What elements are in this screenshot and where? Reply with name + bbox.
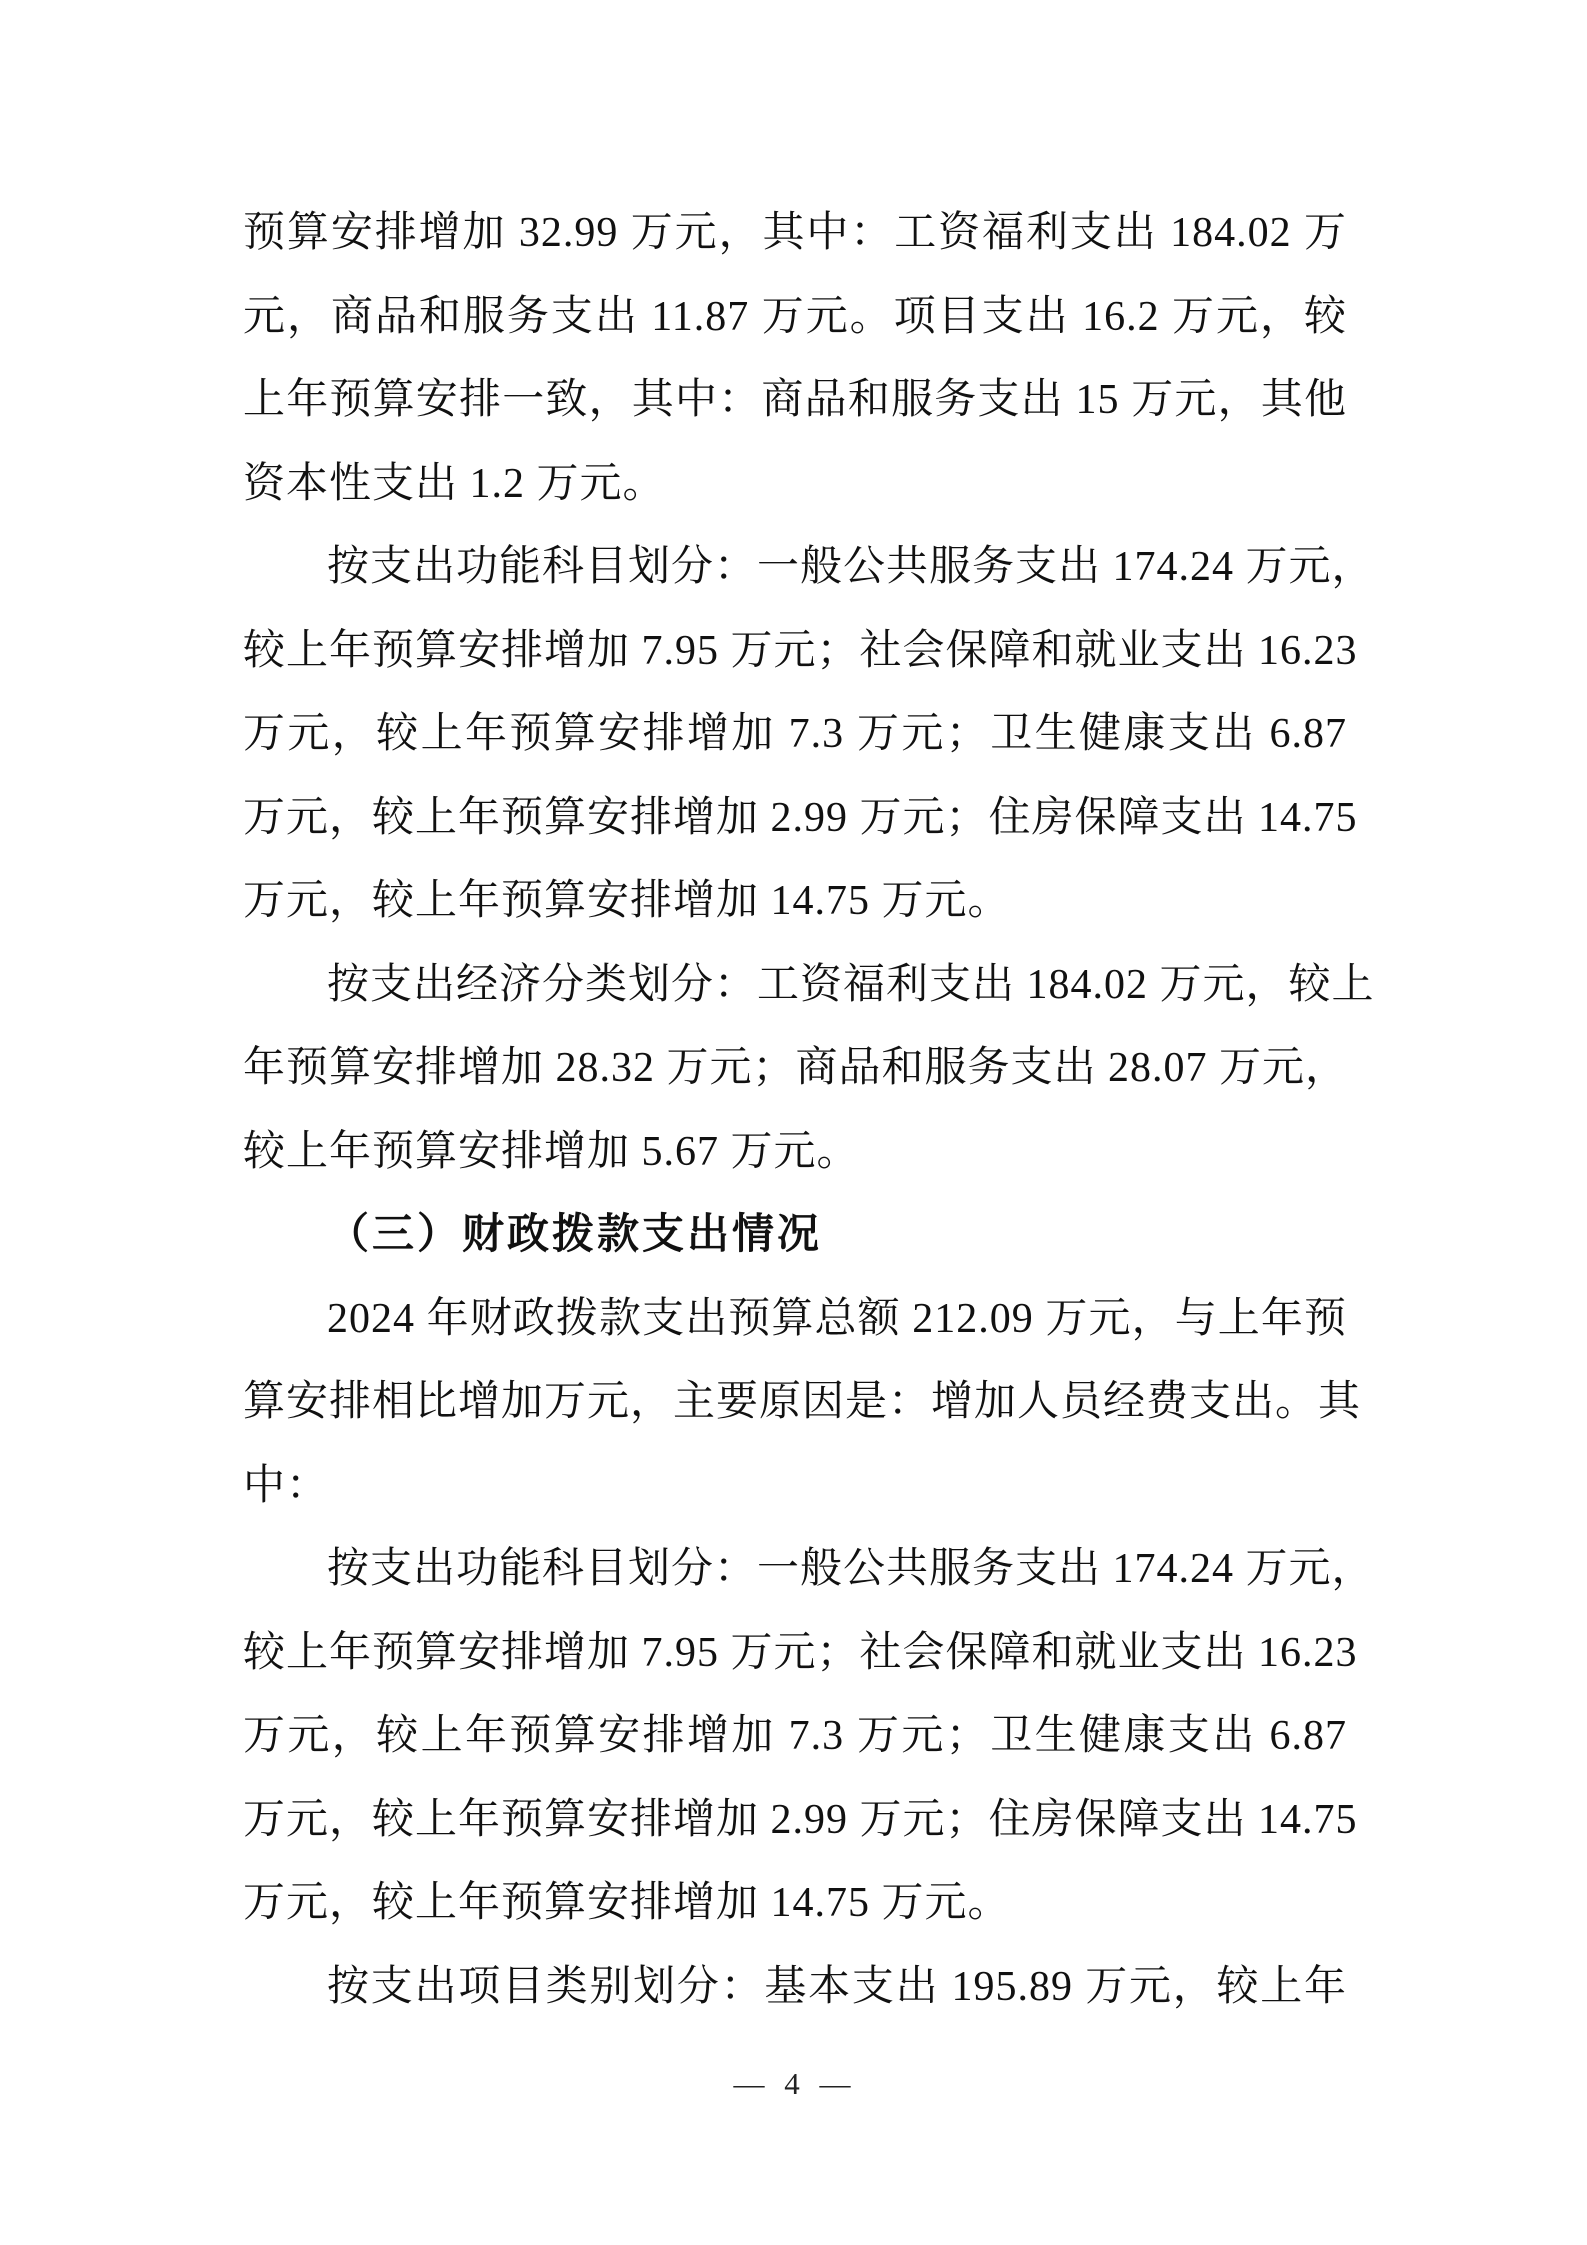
text-line: 万元，较上年预算安排增加 14.75 万元。 [243,1862,1347,1946]
text-line: 较上年预算安排增加 7.95 万元；社会保障和就业支出 16.23 [243,1612,1347,1696]
page-number: — 4 — [243,2062,1347,2106]
text-line: 2024 年财政拨款支出预算总额 212.09 万元，与上年预 [243,1278,1347,1362]
text-line: 较上年预算安排增加 5.67 万元。 [243,1111,1347,1195]
text-line: 万元，较上年预算安排增加 2.99 万元；住房保障支出 14.75 [243,777,1347,861]
text-line: 预算安排增加 32.99 万元，其中：工资福利支出 184.02 万 [243,192,1347,276]
text-line: 万元，较上年预算安排增加 14.75 万元。 [243,860,1347,944]
document-body: 预算安排增加 32.99 万元，其中：工资福利支出 184.02 万 元，商品和… [243,192,1347,2029]
text-line: 按支出项目类别划分：基本支出 195.89 万元，较上年 [243,1946,1347,2030]
text-line: 算安排相比增加万元，主要原因是：增加人员经费支出。其 [243,1361,1347,1445]
text-line: 万元，较上年预算安排增加 2.99 万元；住房保障支出 14.75 [243,1779,1347,1863]
text-line: 按支出功能科目划分：一般公共服务支出 174.24 万元， [243,526,1347,610]
text-line: 中： [243,1445,1347,1529]
text-line: 上年预算安排一致，其中：商品和服务支出 15 万元，其他 [243,359,1347,443]
text-line: 万元，较上年预算安排增加 7.3 万元；卫生健康支出 6.87 [243,1695,1347,1779]
text-line: 万元，较上年预算安排增加 7.3 万元；卫生健康支出 6.87 [243,693,1347,777]
text-line: 按支出功能科目划分：一般公共服务支出 174.24 万元， [243,1528,1347,1612]
text-line: 元，商品和服务支出 11.87 万元。项目支出 16.2 万元，较 [243,276,1347,360]
text-line: 资本性支出 1.2 万元。 [243,443,1347,527]
text-line: 年预算安排增加 28.32 万元；商品和服务支出 28.07 万元， [243,1027,1347,1111]
document-page: 预算安排增加 32.99 万元，其中：工资福利支出 184.02 万 元，商品和… [0,0,1587,2245]
section-heading: （三）财政拨款支出情况 [243,1194,1347,1278]
text-line: 按支出经济分类划分：工资福利支出 184.02 万元，较上 [243,944,1347,1028]
text-line: 较上年预算安排增加 7.95 万元；社会保障和就业支出 16.23 [243,610,1347,694]
